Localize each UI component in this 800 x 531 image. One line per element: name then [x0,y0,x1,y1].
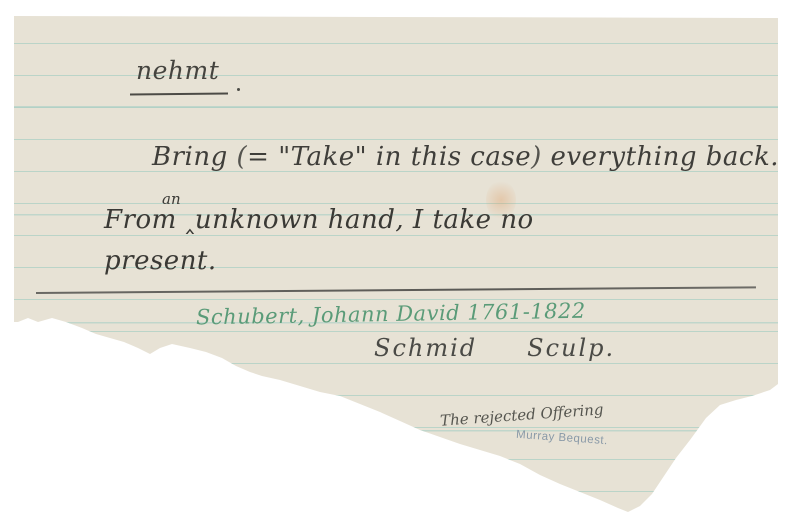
ruled-line [0,75,800,76]
catalog-entry-green: Schubert, Johann David 1761-1822 [196,299,586,330]
ruled-line [0,331,800,332]
ruled-line [0,107,800,108]
ruled-line [0,235,800,236]
body-line-3: present. [104,246,217,276]
heading-period [237,88,240,91]
ruled-line [0,459,800,460]
line1-after: everything back. [542,142,779,172]
line1-before: Bring [152,142,237,172]
body-line-1: Bring (= "Take" in this case) everything… [152,142,779,172]
document-scan: nehmt Bring (= "Take" in this case) ever… [0,0,800,531]
torn-ruled-paper: nehmt Bring (= "Take" in this case) ever… [0,0,800,531]
pencil-annotation: The rejected Offering [440,400,604,429]
body-line-2: From ‸unknown hand, I take no [104,205,534,235]
ruled-line [0,299,800,300]
ruled-line [0,491,800,492]
signature-name: Schmid [374,334,477,362]
heading-word: nehmt [136,56,219,85]
ruled-line [0,427,800,428]
ruled-line [0,203,800,204]
horizontal-divider-line [36,286,756,293]
ruled-line [0,395,800,396]
signature-sculp: Sculp. [527,334,615,362]
heading-underline [130,92,228,95]
bracket-open: ( [237,142,248,172]
ruled-line [0,43,800,44]
ruled-line [0,363,800,364]
signature: SchmidSculp. [374,334,615,362]
bracket-text: = "Take" in this case [247,142,531,172]
bracket-close: ) [531,142,542,172]
ruled-line [0,139,800,140]
collection-stamp: Murray Bequest. [516,429,608,447]
